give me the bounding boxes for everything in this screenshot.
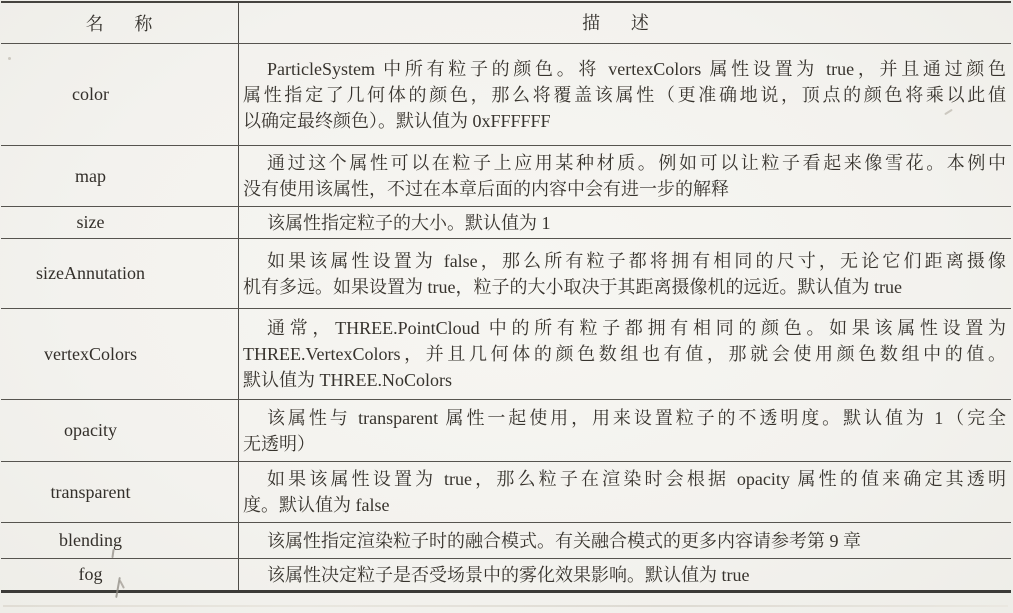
description-line: 属性指定了几何体的颜色，那么将覆盖该属性（更准确地说，顶点的颜色将乘以此值 [243,82,1006,108]
table-row: size 该属性指定粒子的大小。默认值为 1 [1,207,1011,239]
property-name: blending [59,530,122,551]
property-name: color [72,84,109,105]
property-description-cell: 该属性指定粒子的大小。默认值为 1 [239,207,1011,238]
description-line: 如果该属性设置为 false，那么所有粒子都将拥有相同的尺寸，无论它们距离摄像 [243,248,1006,274]
scanned-book-page: 名 称 描 述 color ParticleSystem 中所有粒子的颜色。将 … [0,0,1013,613]
property-name-cell: blending [1,523,239,558]
description-line: 通过这个属性可以在粒子上应用某种材质。例如可以让粒子看起来像雪花。本例中 [243,150,1006,176]
property-name-cell: map [1,146,239,206]
property-description-cell: 通过这个属性可以在粒子上应用某种材质。例如可以让粒子看起来像雪花。本例中没有使用… [239,146,1011,206]
header-name-column: 名 称 [1,3,239,43]
table-row: opacity 该属性与 transparent 属性一起使用，用来设置粒子的不… [1,400,1011,462]
property-description-cell: 该属性指定渲染粒子时的融合模式。有关融合模式的更多内容请参考第 9 章 [239,523,1011,558]
description-line: 如果该属性设置为 true，那么粒子在渲染时会根据 opacity 属性的值来确… [243,466,1006,492]
table-row: blending 该属性指定渲染粒子时的融合模式。有关融合模式的更多内容请参考第… [1,523,1011,559]
table-row: transparent 如果该属性设置为 true，那么粒子在渲染时会根据 op… [1,462,1011,523]
property-name-cell: transparent [1,462,239,522]
description-line: 该属性指定粒子的大小。默认值为 1 [243,210,1006,236]
property-name: fog [79,564,103,585]
property-name: map [75,166,106,187]
property-name-cell: size [1,207,239,238]
description-line: 以确定最终颜色）。默认值为 0xFFFFFF [243,108,1006,134]
property-description-cell: 该属性决定粒子是否受场景中的雾化效果影响。默认值为 true [239,559,1011,590]
property-description-cell: 该属性与 transparent 属性一起使用，用来设置粒子的不透明度。默认值为… [239,400,1011,461]
description-line: 度。默认值为 false [243,492,1006,518]
header-description-column: 描 述 [239,3,1011,43]
property-name-cell: fog [1,559,239,590]
description-line: 通常，THREE.PointCloud 中的所有粒子都拥有相同的颜色。如果该属性… [243,315,1006,341]
property-name-cell: opacity [1,400,239,461]
table-body: color ParticleSystem 中所有粒子的颜色。将 vertexCo… [1,44,1011,590]
property-name: transparent [51,482,131,503]
property-name: opacity [64,420,117,441]
property-description-cell: 如果该属性设置为 true，那么粒子在渲染时会根据 opacity 属性的值来确… [239,462,1011,522]
description-line: 该属性决定粒子是否受场景中的雾化效果影响。默认值为 true [243,562,1006,588]
particle-material-properties-table: 名 称 描 述 color ParticleSystem 中所有粒子的颜色。将 … [1,1,1011,593]
description-line: 该属性与 transparent 属性一起使用，用来设置粒子的不透明度。默认值为… [243,405,1006,431]
description-line: 默认值为 THREE.NoColors [243,367,1006,393]
table-row: color ParticleSystem 中所有粒子的颜色。将 vertexCo… [1,44,1011,146]
property-name-cell: vertexColors [1,309,239,399]
description-line: 没有使用该属性，不过在本章后面的内容中会有进一步的解释 [243,176,1006,202]
property-description-cell: 如果该属性设置为 false，那么所有粒子都将拥有相同的尺寸，无论它们距离摄像机… [239,239,1011,308]
header-name-label: 名 称 [86,10,154,36]
description-line: THREE.VertexColors，并且几何体的颜色数组也有值，那就会使用颜色… [243,341,1006,367]
description-line: 该属性指定渲染粒子时的融合模式。有关融合模式的更多内容请参考第 9 章 [243,528,1006,554]
table-row: sizeAnnutation 如果该属性设置为 false，那么所有粒子都将拥有… [1,239,1011,309]
description-line: 无透明） [243,431,1006,457]
property-name-cell: color [1,44,239,145]
property-name: size [77,212,105,233]
header-description-label: 描 述 [582,10,650,36]
table-row: vertexColors 通常，THREE.PointCloud 中的所有粒子都… [1,309,1011,400]
table-row: map 通过这个属性可以在粒子上应用某种材质。例如可以让粒子看起来像雪花。本例中… [1,146,1011,207]
property-name: sizeAnnutation [36,263,145,284]
property-description-cell: ParticleSystem 中所有粒子的颜色。将 vertexColors 属… [239,44,1011,145]
property-description-cell: 通常，THREE.PointCloud 中的所有粒子都拥有相同的颜色。如果该属性… [239,309,1011,399]
property-name-cell: sizeAnnutation [1,239,239,308]
scan-line-echo-artifact [3,605,1008,607]
table-row: fog 该属性决定粒子是否受场景中的雾化效果影响。默认值为 true [1,559,1011,590]
description-line: ParticleSystem 中所有粒子的颜色。将 vertexColors 属… [243,56,1006,82]
property-name: vertexColors [44,344,137,365]
table-header-row: 名 称 描 述 [1,3,1011,44]
description-line: 机有多远。如果设置为 true，粒子的大小取决于其距离摄像机的远近。默认值为 t… [243,274,1006,300]
